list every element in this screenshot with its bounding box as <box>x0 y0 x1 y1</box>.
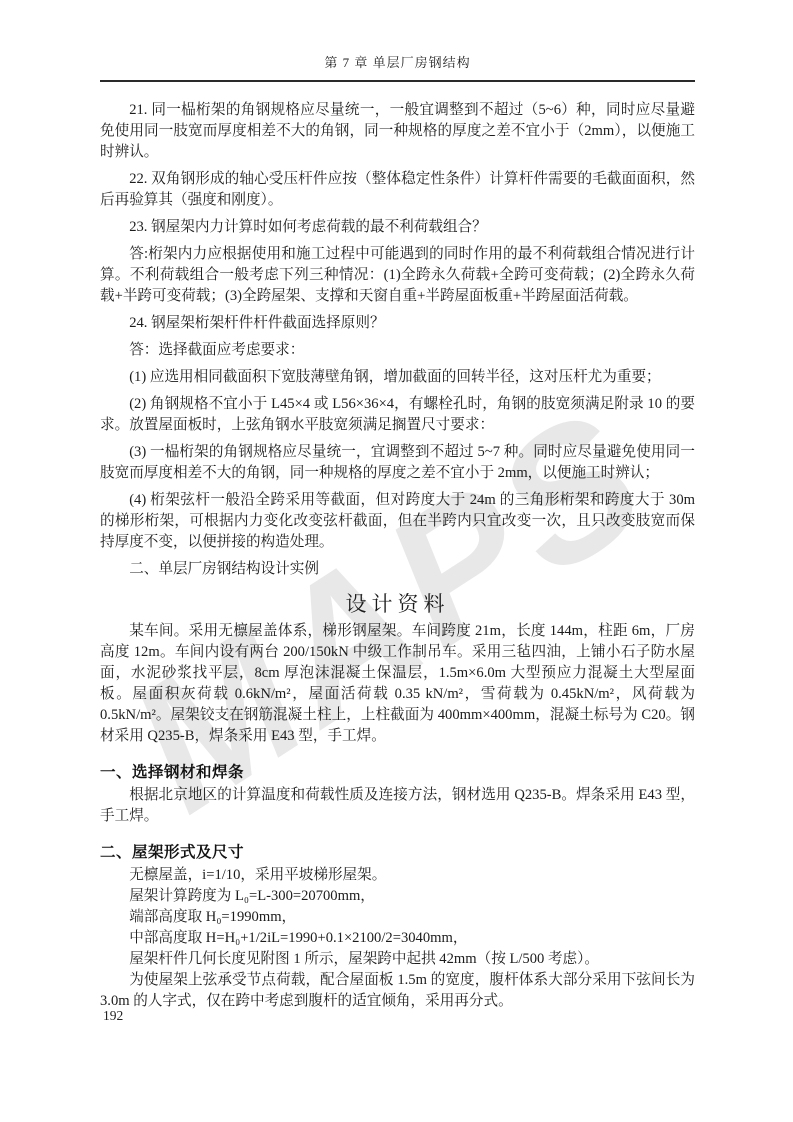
page-content: 第 7 章 单层厂房钢结构 21. 同一榀桁架的角钢规格应尽量统一，一般宜调整到… <box>100 52 695 1012</box>
example-section-intro: 二、单层厂房钢结构设计实例 <box>100 559 695 580</box>
body-text: 21. 同一榀桁架的角钢规格应尽量统一，一般宜调整到不超过（5~6）种，同时应尽… <box>100 100 695 1012</box>
truss-line-camber: 屋架杆件几何长度见附图 1 所示，屋架跨中起拱 42mm（按 L/500 考虑）… <box>100 949 695 970</box>
qa-answer-24-item-1: (1) 应选用相同截面积下宽肢薄壁角钢，增加截面的回转半径，这对压杆尤为重要； <box>100 367 695 388</box>
design-data-paragraph: 某车间。采用无檩屋盖体系，梯形钢屋架。车间跨度 21m，长度 144m，柱距 6… <box>100 621 695 747</box>
truss-line-web-system: 为使屋架上弦承受节点荷载，配合屋面板 1.5m 的宽度，腹杆体系大部分采用下弦间… <box>100 970 695 1012</box>
qa-paragraph-22: 22. 双角钢形成的轴心受压杆件应按（整体稳定性条件）计算杆件需要的毛截面面积，… <box>100 169 695 211</box>
qa-answer-24-item-2: (2) 角钢规格不宜小于 L45×4 或 L56×36×4，有螺栓孔时，角钢的肢… <box>100 394 695 436</box>
heading-select-steel-and-electrode: 一、选择钢材和焊条 <box>100 760 695 782</box>
truss-line-span: 屋架计算跨度为 L₀=L-300=20700mm， <box>100 886 695 907</box>
qa-answer-24-item-3: (3) 一榀桁架的角钢规格应尽量统一，宜调整到不超过 5~7 种。同时应尽量避免… <box>100 442 695 484</box>
truss-line-roof-type: 无檩屋盖，i=1/10，采用平坡梯形屋架。 <box>100 865 695 886</box>
truss-line-mid-height: 中部高度取 H=H₀+1/2iL=1990+0.1×2100/2=3040mm， <box>100 928 695 949</box>
design-data-title: 设计资料 <box>100 588 695 618</box>
qa-question-24: 24. 钢屋架桁架杆件杆件截面选择原则？ <box>100 313 695 334</box>
page-header: 第 7 章 单层厂房钢结构 <box>100 52 695 82</box>
truss-line-end-height: 端部高度取 H₀=1990mm， <box>100 907 695 928</box>
page-number: 192 <box>103 1008 123 1024</box>
chapter-title: 第 7 章 单层厂房钢结构 <box>324 55 470 70</box>
qa-question-23: 23. 钢屋架内力计算时如何考虑荷载的最不利荷载组合？ <box>100 217 695 238</box>
select-steel-paragraph: 根据北京地区的计算温度和荷载性质及连接方法，钢材选用 Q235-B。焊条采用 E… <box>100 785 695 827</box>
qa-answer-23: 答:桁架内力应根据使用和施工过程中可能遇到的同时作用的最不利荷载组合情况进行计算… <box>100 244 695 307</box>
qa-paragraph-21: 21. 同一榀桁架的角钢规格应尽量统一，一般宜调整到不超过（5~6）种，同时应尽… <box>100 100 695 163</box>
qa-answer-24-item-4: (4) 桁架弦杆一般沿全跨采用等截面，但对跨度大于 24m 的三角形桁架和跨度大… <box>100 490 695 553</box>
heading-truss-form-and-dimensions: 二、屋架形式及尺寸 <box>100 840 695 862</box>
document-page: MAPS 第 7 章 单层厂房钢结构 21. 同一榀桁架的角钢规格应尽量统一，一… <box>0 0 793 1122</box>
qa-answer-24: 答：选择截面应考虑要求： <box>100 340 695 361</box>
